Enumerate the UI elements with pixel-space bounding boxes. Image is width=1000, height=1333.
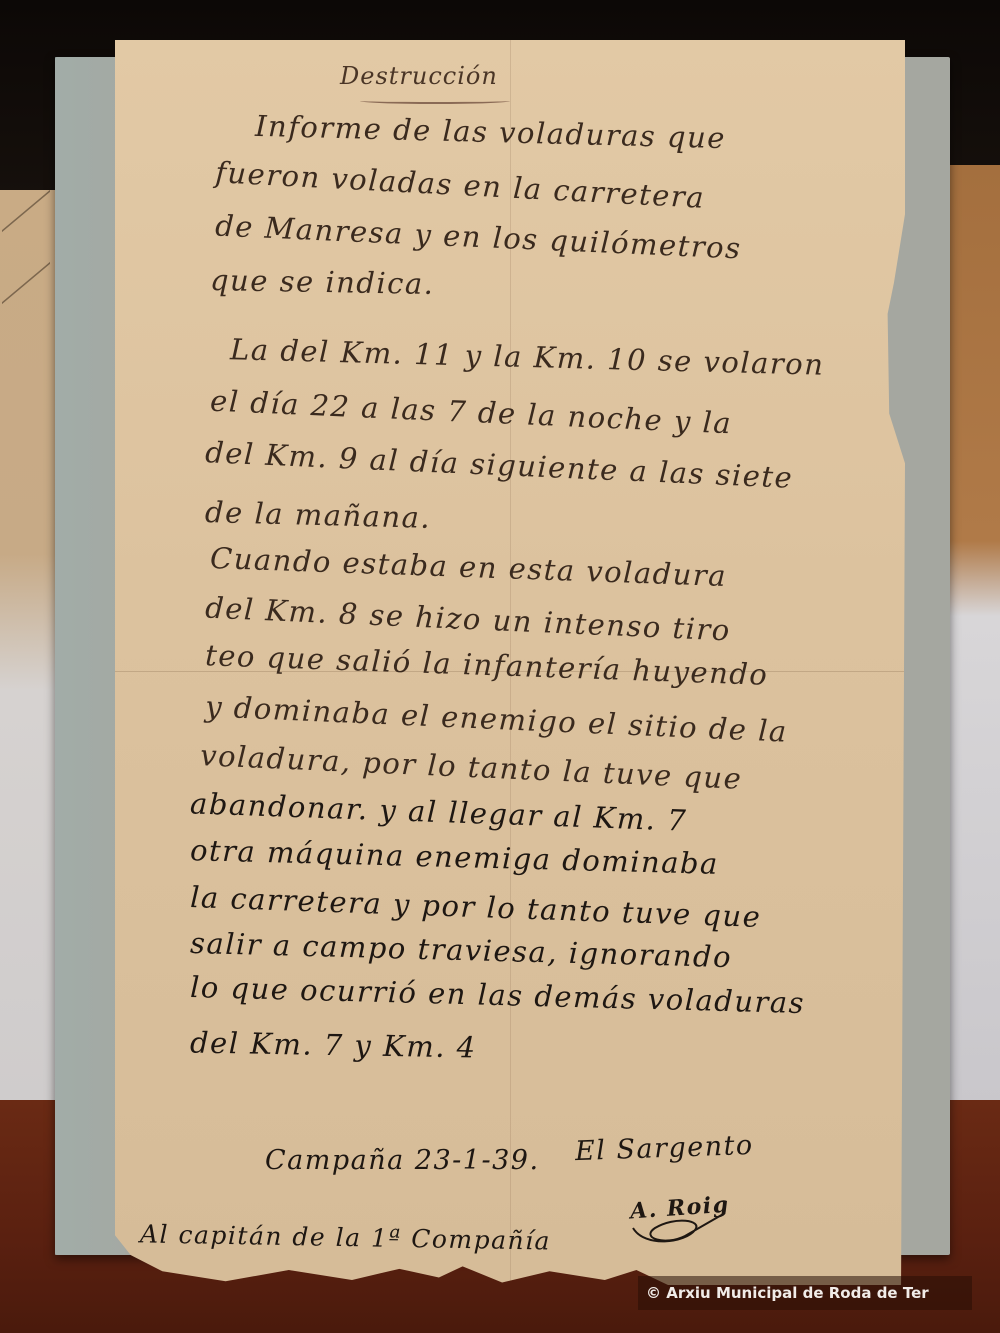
- letter-line: que se indica.: [210, 263, 435, 301]
- letter-line: el día 22 a las 7 de la noche y la: [210, 384, 733, 441]
- letter-line: teo que salió la infantería huyendo: [205, 638, 769, 692]
- letter-line: abandonar. y al llegar al Km. 7: [190, 786, 688, 837]
- letter-line: de la mañana.: [205, 495, 432, 535]
- letter-line: otra máquina enemiga dominaba: [190, 833, 720, 881]
- letter-line: salir a campo traviesa, ignorando: [190, 926, 733, 974]
- background-box-right: [945, 165, 1000, 1105]
- title-underline: [360, 98, 510, 104]
- letter-line: y dominaba el enemigo el sitio de la: [205, 689, 789, 748]
- letter-title: Destrucción: [340, 62, 498, 90]
- letter-line: del Km. 7 y Km. 4: [190, 1026, 477, 1065]
- signer-title: El Sargento: [575, 1130, 755, 1167]
- letter-line: la carretera y por lo tanto tuve que: [190, 880, 762, 934]
- copyright-watermark: © Arxiu Municipal de Roda de Ter: [638, 1276, 972, 1310]
- handwritten-letter: Destrucción Informe de las voladuras que…: [115, 40, 905, 1285]
- signature-flourish-icon: [625, 1188, 735, 1248]
- letter-line: fueron voladas en la carretera: [214, 155, 705, 215]
- letter-line: del Km. 9 al día siguiente a las siete: [205, 435, 794, 495]
- letter-line: de Manresa y en los quilómetros: [215, 209, 743, 266]
- letter-line: Informe de las voladuras que: [255, 109, 727, 155]
- letter-line: Cuando estaba en esta voladura: [210, 541, 728, 593]
- addressee: Al capitán de la 1ª Compañía: [140, 1219, 551, 1255]
- letter-line: del Km. 8 se hizo un intenso tiro: [205, 591, 732, 648]
- letter-line: lo que ocurrió en las demás voladuras: [190, 970, 806, 1020]
- place-and-date: Campaña 23-1-39.: [265, 1145, 540, 1176]
- letter-line: voladura, por lo tanto la tuve que: [200, 738, 743, 796]
- box-marking: [2, 190, 50, 304]
- letter-line: La del Km. 11 y la Km. 10 se volaron: [230, 332, 825, 382]
